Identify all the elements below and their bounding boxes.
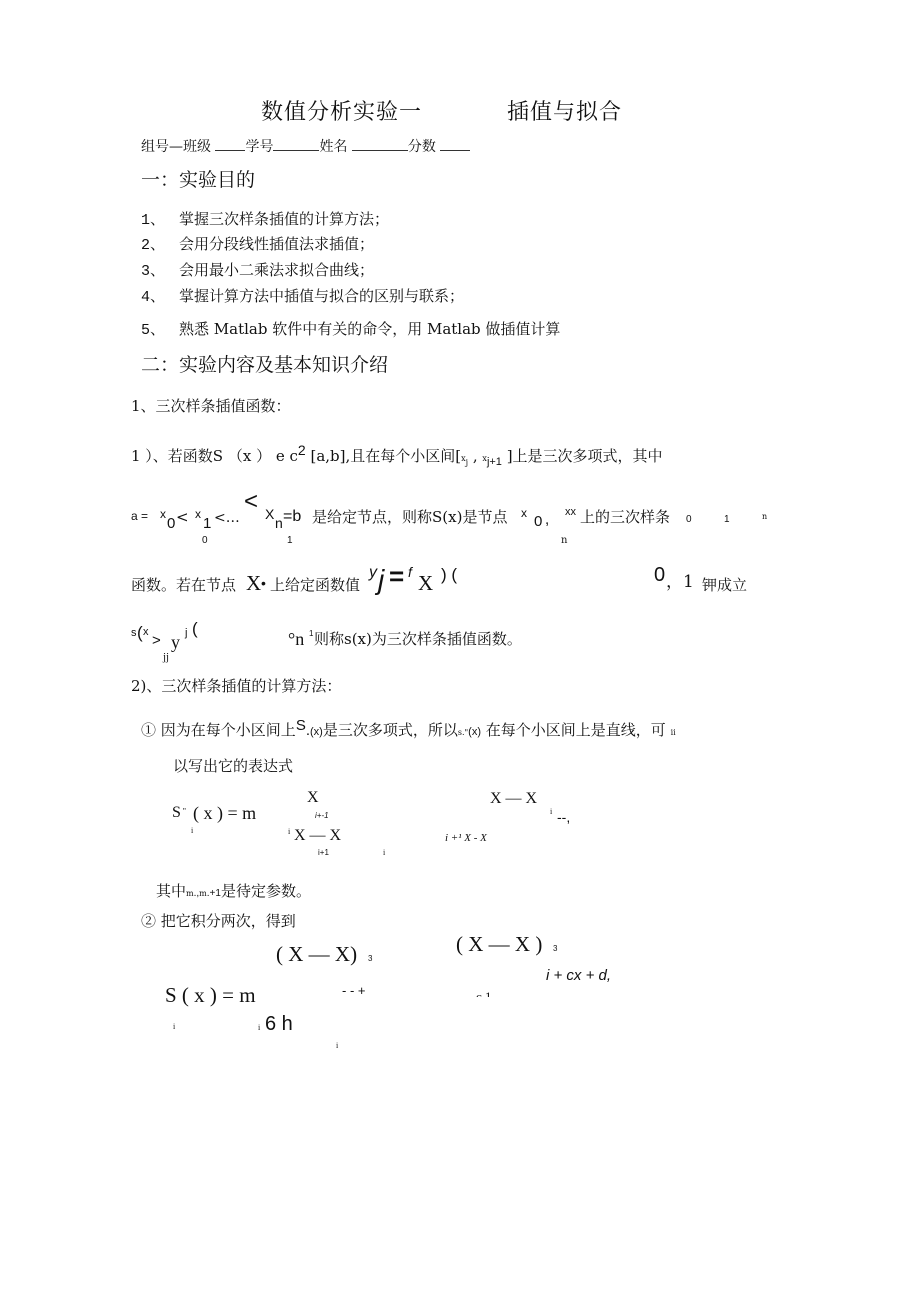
student-id-blank[interactable] xyxy=(273,138,319,151)
f2-exp2: 3 xyxy=(553,945,557,953)
spline-f: f xyxy=(408,565,412,579)
f1-den2: i +¹ X - X xyxy=(445,833,487,844)
cond-paren: ( xyxy=(192,620,198,637)
spline-node-x: x xyxy=(521,507,527,519)
spline-x0-sub: 0 xyxy=(167,516,175,531)
cond-s: s xyxy=(131,628,137,639)
f1-dprime: " xyxy=(183,808,186,816)
spline-y: y xyxy=(369,565,377,581)
f1-den-sub2: i xyxy=(383,849,385,857)
cond-x: x xyxy=(143,627,149,638)
objective-item-3: 3、会用最小二乘法求拟合曲线； xyxy=(141,263,374,279)
f1-arg: ( x ) = m xyxy=(193,804,256,822)
objective-item-2: 2、会用分段线性插值法求插值； xyxy=(141,237,374,253)
f1-den-sub1: i+1 xyxy=(318,849,329,857)
spline-node-0: 0 xyxy=(534,514,542,529)
objective-item-4: 4、掌握计算方法中插值与拟合的区别与联系； xyxy=(141,289,464,305)
spline-eq: = xyxy=(389,563,404,589)
step-marker-1: ① xyxy=(141,721,156,739)
spline-j: j xyxy=(378,566,384,594)
spline-node-dot: • xyxy=(261,576,266,590)
spline-given-values-text: 上给定函数值 xyxy=(270,578,360,593)
group-class-label: 组号—班级 xyxy=(141,139,211,155)
document-title-left: 数值分析实验一 xyxy=(261,102,422,124)
cond-y: y xyxy=(171,633,180,651)
f1-lhs: S xyxy=(172,805,181,821)
f2-denom: 6 h xyxy=(265,1014,293,1034)
f1-num2-sub: i xyxy=(550,808,552,816)
spline-frag-n: n xyxy=(762,513,767,521)
f1-num2: X — X xyxy=(490,791,537,807)
cond-j: j xyxy=(185,628,187,639)
info-line: 组号—班级 学号姓名 分数 xyxy=(141,138,470,154)
spline-X2: X xyxy=(418,573,433,594)
cond-one: 1 xyxy=(309,630,313,638)
f1-sub-i1: i+-1 xyxy=(315,812,329,820)
spline-tail-text: 上的三次样条 xyxy=(580,510,670,525)
section-heading-objectives: 一：实验目的 xyxy=(141,171,255,190)
section-heading-content: 二：实验内容及基本知识介绍 xyxy=(141,356,388,375)
method-step-1-line-2: 以写出它的表达式 xyxy=(173,759,293,774)
f1-dash: --, xyxy=(557,810,570,824)
f1-sup-i: i xyxy=(288,828,290,836)
spline-comma: , xyxy=(545,512,549,527)
objective-item-5: 5、熟悉 Matlab 软件中有关的命令，用 Matlab 做插值计算 xyxy=(141,322,560,338)
spline-below-1: 1 xyxy=(287,536,293,546)
cond-sub-jj: jj xyxy=(163,652,169,663)
spline-below-n: n xyxy=(561,536,567,546)
objective-item-1: 1、掌握三次样条插值的计算方法； xyxy=(141,212,389,228)
spline-frag-0: 0 xyxy=(686,515,692,525)
spline-nodes-text: 是给定节点，则称S(x)是节点 xyxy=(312,510,507,525)
f2-sub-i: i xyxy=(173,1023,175,1031)
spline-definition-line-1: 1 ）、若函数S （x ） e c2 [a,b],且在每个小区间[xj , xj… xyxy=(131,443,663,468)
f2-num1: ( X — X) xyxy=(276,944,357,965)
spline-holds-text: 钾成立 xyxy=(702,578,747,593)
spline-lt1: < xyxy=(176,510,189,525)
spline-x1-sub: 1 xyxy=(203,516,211,531)
spline-comma-one: ，1 xyxy=(666,574,694,591)
spline-node-X: X xyxy=(246,573,261,594)
cond-on: °n xyxy=(288,630,304,648)
spline-xx: xx xyxy=(565,507,576,518)
f2-lhs: S ( x ) = m xyxy=(165,985,256,1006)
score-blank[interactable] xyxy=(440,138,470,151)
subsection-heading-spline: 1、三次样条插值函数： xyxy=(131,399,291,414)
student-id-label: 学号 xyxy=(245,139,273,155)
f1-num1: X xyxy=(307,790,319,806)
method-step-1: ① 因为在每个小区间上S.(x)是三次多项式，所以s."(x) 在每个小区间上是… xyxy=(141,723,676,738)
class-blank[interactable] xyxy=(215,138,245,151)
f1-den1: X — X xyxy=(294,828,341,844)
f1-sub-i: i xyxy=(191,827,193,835)
f2-frag: c 1 xyxy=(476,990,492,997)
name-label: 姓名 xyxy=(319,139,347,155)
spline-xn: X xyxy=(265,507,274,521)
spline-x1: x xyxy=(195,508,201,520)
cond-tail-text: 则称s(x)为三次样条插值函数。 xyxy=(314,632,522,647)
f2-num2: ( X — X ) xyxy=(456,934,542,955)
f2-denom-i: i xyxy=(258,1024,260,1032)
cond-gt: > xyxy=(152,633,161,648)
spline-a-eq: a = xyxy=(131,510,148,522)
spline-big-lt: < xyxy=(244,490,258,514)
spline-zero: 0 xyxy=(654,565,665,585)
spline-x0: x xyxy=(160,508,166,520)
spline-frag-1: 1 xyxy=(724,515,730,525)
f2-exp1: 3 xyxy=(368,955,372,963)
f2-ops: - - + xyxy=(342,984,365,997)
params-note: 其中m.,m.+1是待定参数。 xyxy=(156,884,311,899)
spline-function-text: 函数。若在节点 xyxy=(131,578,236,593)
f2-tail: i + cx + d, xyxy=(546,968,611,983)
spline-dots: <… xyxy=(214,511,240,525)
score-label: 分数 xyxy=(408,139,436,155)
step-marker-2: ② xyxy=(141,912,156,930)
spline-below-0: 0 xyxy=(202,536,208,546)
spline-eq-b: =b xyxy=(283,509,301,525)
spline-paren: ) ( xyxy=(441,566,457,583)
method-step-2: ② 把它积分两次，得到 xyxy=(141,914,296,929)
spline-xn-sub: n xyxy=(275,516,283,530)
name-blank[interactable] xyxy=(352,138,408,151)
cond-open: ( xyxy=(137,624,143,641)
f2-sub-bottom: i xyxy=(336,1042,338,1050)
document-title-right: 插值与拟合 xyxy=(507,102,622,124)
subsection-heading-method: 2)、三次样条插值的计算方法： xyxy=(131,679,341,694)
